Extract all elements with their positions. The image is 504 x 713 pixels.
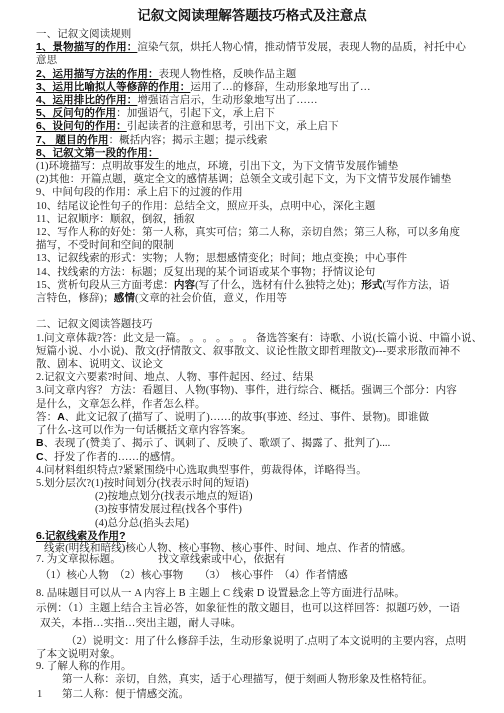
- text-segment: B: [36, 437, 44, 449]
- text-segment: 12、写作人称的好处：第一人称，真实可信；第二人称，亲切自然；第三人称，可以多角…: [36, 227, 460, 238]
- text-line: 线索(明线和暗线)核心人物、核心事物、核心事件、时间、地点、作者的情感。: [36, 543, 478, 554]
- text-segment: C: [36, 451, 44, 463]
- text-segment: 短篇小说、小小说)、散文(抒情散文、叙事散文、议论性散文即哲理散文)---要求形…: [36, 346, 460, 357]
- text-segment: 了什么-这可以作为一句话概括文章内容答案。: [36, 425, 252, 436]
- text-segment: 散、剧本、说明文、议论文: [36, 359, 163, 370]
- text-line: 示例：（1）主题上结合主旨必答，如象征性的散文题目，也可以这样回答：拟题巧妙，一…: [36, 601, 478, 616]
- text-segment: 答：: [36, 412, 57, 423]
- text-segment: 5、反问句的作用: [36, 107, 116, 119]
- text-line: 7、 题目的作用：概括内容；揭示主题；提示线索: [36, 134, 478, 147]
- text-segment: 言特色，修辞)；: [36, 293, 114, 304]
- text-line: 2、运用描写方法的作用：表现人物性格，反映作品主题: [36, 68, 478, 81]
- text-line: 答：A、此文记叙了(描写了、说明了)……的故事(事迹、经过、事件、景物)。即谁做: [36, 411, 478, 424]
- text-line: 短篇小说、小小说)、散文(抒情散文、叙事散文、议论性散文即哲理散文)---要求形…: [36, 345, 478, 358]
- text-line: 14、找线索的方法：标题；反复出现的某个词语或某个事物；抒情议论句: [36, 266, 478, 279]
- text-segment: 内容: [174, 279, 195, 291]
- text-segment: 2.记叙文六要素?时间、地点、人物、事件起因、经过、结果: [36, 372, 314, 383]
- text-line: 2.记叙文六要素?时间、地点、人物、事件起因、经过、结果: [36, 371, 478, 384]
- text-line: (2)按地点划分(找表示地点的短语): [36, 490, 478, 503]
- text-line: 1、景物描写的作用：渲染气氛，烘托人物心情，推动情节发展，表现人物的品质，衬托中…: [36, 41, 478, 54]
- text-segment: 3.问文章内容？ 方法：看题目、人物(事物)、事件，进行综合、概括。强调三个部分…: [36, 385, 457, 396]
- text-segment: 第一人称：亲切，自然，真实，适于心理描写，便于刻画人物形象及性格特征。: [62, 674, 433, 685]
- text-line: 描写，不受时间和空间的限制: [36, 239, 478, 252]
- text-segment: 线索(明线和暗线)核心人物、核心事物、核心事件、时间、地点、作者的情感。: [44, 543, 412, 554]
- text-segment: 表现人物性格，反映作品主题: [159, 69, 297, 80]
- text-line: 5.划分层次?(1)按时间划分(找表示时间的短语): [36, 477, 478, 490]
- text-line: 6.记叙线索及作用?: [36, 530, 478, 543]
- text-line: 9. 了解人称的作用。: [36, 661, 478, 672]
- text-line: 第一人称：亲切，自然，真实，适于心理描写，便于刻画人物形象及性格特征。: [36, 672, 478, 687]
- text-line: 是什么，文章怎么样，作者怎么样。: [36, 398, 478, 411]
- text-line: 了什么-这可以作为一句话概括文章内容答案。: [36, 424, 478, 437]
- text-line: 二、记叙文阅读答题技巧: [36, 318, 478, 331]
- text-segment: (1)环境描写：点明故事发生的地点，环境，引出下文，为下文情节发展作铺垫: [36, 161, 398, 172]
- text-segment: 4、运用排比的作用：: [36, 94, 137, 106]
- document-body: 一、记叙文阅读规则1、景物描写的作用：渲染气氛，烘托人物心情，推动情节发展，表现…: [0, 25, 504, 702]
- text-segment: 感情: [114, 292, 135, 304]
- text-segment: 渲染气氛，烘托人物心情，推动情节发展，表现人物的品质，衬托中心: [137, 42, 466, 53]
- text-segment: 双关，本指…实指…突出主题，耐人寻味。: [40, 618, 241, 629]
- text-line: 8. 品味题目可以从一 A 内容上 B 主题上 C 线索 D 设置悬念上等方面进…: [36, 586, 478, 601]
- text-line: (1)环境描写：点明故事发生的地点，环境，引出下文，为下文情节发展作铺垫: [36, 160, 478, 173]
- text-segment: 增强语言启示，生动形象地写出了……: [137, 95, 317, 106]
- text-line: （1）核心人物 （2）核心事物 （3） 核心事件 （4）作者情感: [36, 568, 478, 583]
- text-segment: 14、找线索的方法：标题；反复出现的某个词语或某个事物；抒情议论句: [36, 267, 375, 278]
- text-line: B、表现了(赞美了、揭示了、讽刺了、反映了、歌颂了、揭露了、批判了)....: [36, 437, 478, 450]
- text-line: 4.问材料组织特点?紧紧围绕中心选取典型事件，剪裁得体，详略得当。: [36, 464, 478, 477]
- text-line: 9、中间句段的作用：承上启下的过渡的作用: [36, 186, 478, 199]
- text-line: 8、记叙文第一段的作用：: [36, 147, 478, 160]
- text-segment: 11、记叙顺序：顺叙，倒叙，插叙: [36, 214, 195, 225]
- text-segment: 7、 题目的作用: [36, 134, 109, 146]
- text-segment: 4.问材料组织特点?紧紧围绕中心选取典型事件，剪裁得体，详略得当。: [36, 465, 367, 476]
- text-line: 3.问文章内容？ 方法：看题目、人物(事物)、事件，进行综合、概括。强调三个部分…: [36, 384, 478, 397]
- text-segment: (文章的社会价值，意义，作用等: [135, 293, 287, 304]
- text-line: 1.问文章体裁?答：此文是一篇。 。 。 。 。 。 备选答案有：诗歌、小说(长…: [36, 332, 478, 345]
- text-segment: 运用了…的修辞，生动形象地写出了…: [190, 82, 370, 93]
- text-line: 15、赏析句段从三方面考虑：内容(写了什么，选材有什么独特之处)；形式(写作方法…: [36, 279, 478, 292]
- text-segment: 第二人称：便于情感交流。: [62, 689, 189, 700]
- text-segment: ：加强语气，引起下文，承上启下: [116, 108, 275, 119]
- text-segment: 10、结尾议论性句子的作用：总结全文，照应开头，点明中心，深化主题: [36, 201, 375, 212]
- text-segment: 引起读者的注意和思考，引出下文，承上启下: [127, 121, 339, 132]
- text-segment: 一、记叙文阅读规则: [36, 29, 131, 40]
- text-segment: 3、运用比喻拟人等修辞的作用：: [36, 81, 190, 93]
- text-segment: 了本文说明对象。: [36, 649, 121, 660]
- text-segment: (写作方法，语: [383, 280, 450, 291]
- text-segment: 、抒发了作者的……的感情。: [44, 452, 182, 463]
- text-segment: ：概括内容；揭示主题；提示线索: [109, 135, 268, 146]
- text-line: 一、记叙文阅读规则: [36, 28, 478, 41]
- text-segment: 9. 了解人称的作用。: [36, 661, 132, 672]
- text-segment: 1、景物描写的作用：: [36, 41, 137, 53]
- text-line: (4)总分总(掐头去尾): [36, 517, 478, 530]
- text-segment: 意思: [36, 55, 57, 66]
- text-line: 言特色，修辞)；感情(文章的社会价值，意义，作用等: [36, 292, 478, 305]
- text-segment: (2)按地点划分(找表示地点的短语): [95, 491, 253, 502]
- text-segment: 形式: [361, 279, 382, 291]
- text-segment: (写了什么，选材有什么独特之处)；: [195, 280, 361, 291]
- text-segment: 6.记叙线索及作用?: [36, 530, 126, 542]
- text-segment: 13、记叙线索的形式：实物；人物；思想感情变化；时间；地点变换；中心事件: [36, 253, 407, 264]
- text-segment: (2)其他：开篇点题，奠定全文的感情基调；总领全文或引起下文，为下文情节发展作铺…: [36, 174, 451, 185]
- text-segment: (4)总分总(掐头去尾): [95, 518, 189, 529]
- text-line: 了本文说明对象。: [36, 649, 478, 660]
- text-segment: 6、设问句的作用：: [36, 120, 127, 132]
- document-title: 记叙文阅读理解答题技巧格式及注意点: [0, 0, 504, 25]
- text-line: 散、剧本、说明文、议论文: [36, 358, 478, 371]
- text-segment: 2、运用描写方法的作用：: [36, 68, 159, 80]
- text-segment: 8. 品味题目可以从一 A 内容上 B 主题上 C 线索 D 设置悬念上等方面进…: [36, 588, 405, 599]
- text-line: 双关，本指…实指…突出主题，耐人寻味。: [36, 616, 478, 631]
- text-line: 4、运用排比的作用：增强语言启示，生动形象地写出了……: [36, 94, 478, 107]
- text-line: 11、记叙顺序：顺叙，倒叙，插叙: [36, 213, 478, 226]
- text-segment: (3)按事情发展过程(找各个事件): [95, 504, 242, 515]
- text-segment: 描写，不受时间和空间的限制: [36, 240, 174, 251]
- text-segment: （2）说明文：用了什么修辞手法，生动形象说明了.点明了本文说明的主要内容，点明: [66, 636, 466, 647]
- text-segment: 是什么，文章怎么样，作者怎么样。: [36, 399, 206, 410]
- text-line: 13、记叙线索的形式：实物；人物；思想感情变化；时间；地点变换；中心事件: [36, 252, 478, 265]
- text-line: 10、结尾议论性句子的作用：总结全文，照应开头，点明中心，深化主题: [36, 200, 478, 213]
- page-number: 1: [37, 689, 42, 700]
- text-line: C、抒发了作者的……的感情。: [36, 451, 478, 464]
- text-segment: （1）核心人物 （2）核心事物 （3） 核心事件 （4）作者情感: [40, 570, 348, 581]
- text-line: (3)按事情发展过程(找各个事件): [36, 503, 478, 516]
- text-segment: 示例：（1）主题上结合主旨必答，如象征性的散文题目，也可以这样回答：拟题巧妙，一…: [36, 603, 460, 614]
- text-line: 5、反问句的作用：加强语气，引起下文，承上启下: [36, 107, 478, 120]
- text-segment: 、表现了(赞美了、揭示了、讽刺了、反映了、歌颂了、揭露了、批判了)....: [44, 438, 391, 449]
- text-segment: 7. 为文章拟标题。 找文章线索或中心，依据有: [36, 554, 285, 565]
- text-line: （2）说明文：用了什么修辞手法，生动形象说明了.点明了本文说明的主要内容，点明: [36, 634, 478, 649]
- text-segment: A: [57, 411, 65, 423]
- text-segment: 9、中间句段的作用：承上启下的过渡的作用: [36, 187, 243, 198]
- text-segment: 1.问文章体裁?答：此文是一篇。 。 。 。 。 。 备选答案有：诗歌、小说(长…: [36, 333, 482, 344]
- document-page: 记叙文阅读理解答题技巧格式及注意点 一、记叙文阅读规则1、景物描写的作用：渲染气…: [0, 0, 504, 713]
- text-line: 6、设问句的作用：引起读者的注意和思考，引出下文，承上启下: [36, 120, 478, 133]
- text-segment: 5.划分层次?(1)按时间划分(找表示时间的短语): [36, 478, 249, 489]
- text-line: (2)其他：开篇点题，奠定全文的感情基调；总领全文或引起下文，为下文情节发展作铺…: [36, 173, 478, 186]
- text-line: 意思: [36, 54, 478, 67]
- text-line: 7. 为文章拟标题。 找文章线索或中心，依据有: [36, 554, 478, 565]
- text-segment: 15、赏析句段从三方面考虑：: [36, 280, 174, 291]
- text-line: [36, 305, 478, 318]
- text-line: 第二人称：便于情感交流。: [36, 687, 478, 702]
- text-segment: 二、记叙文阅读答题技巧: [36, 319, 153, 330]
- text-segment: 、此文记叙了(描写了、说明了)……的故事(事迹、经过、事件、景物)。即谁做: [65, 412, 429, 423]
- text-segment: 8、记叙文第一段的作用：: [36, 147, 159, 159]
- text-line: 12、写作人称的好处：第一人称，真实可信；第二人称，亲切自然；第三人称，可以多角…: [36, 226, 478, 239]
- text-line: 3、运用比喻拟人等修辞的作用：运用了…的修辞，生动形象地写出了…: [36, 81, 478, 94]
